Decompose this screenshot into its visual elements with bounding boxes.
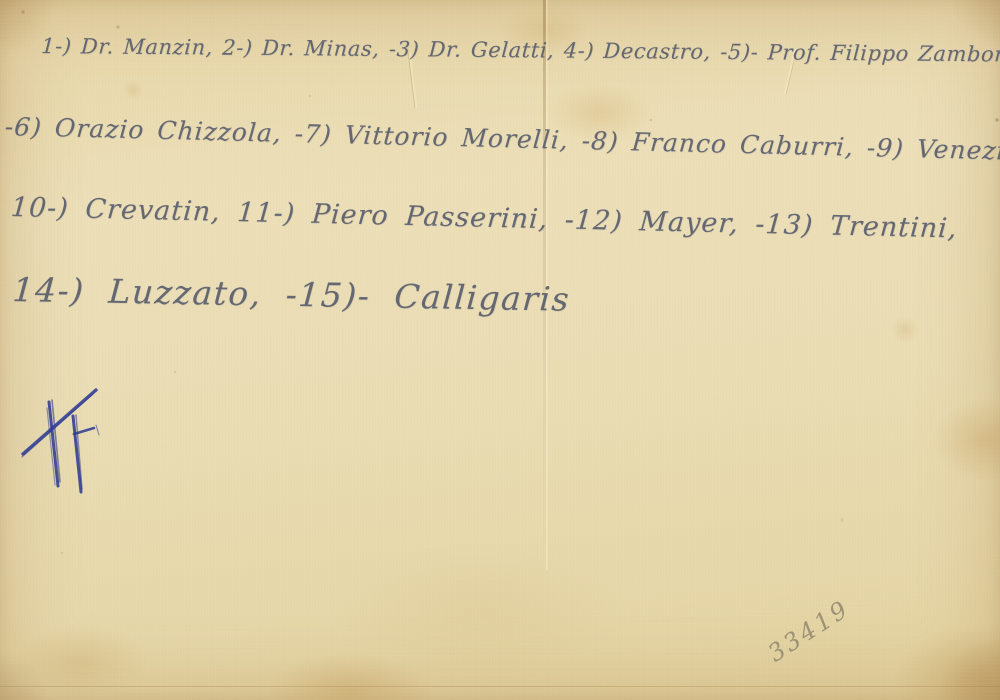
handwritten-line-4: 14-) Luzzato, -15)- Calligaris <box>11 270 571 319</box>
pencil-number: 33419 <box>763 594 855 667</box>
handwritten-line-1: 1-) Dr. Manzin, 2-) Dr. Minas, -3) Dr. G… <box>41 34 1000 67</box>
paper-stains <box>0 0 1000 700</box>
handwritten-line-3: 10-) Crevatin, 11-) Piero Passerini, -12… <box>10 192 959 244</box>
bottom-edge-crease <box>0 686 1000 687</box>
handwritten-line-2: -6) Orazio Chizzola, -7) Vittorio Morell… <box>4 112 1000 166</box>
photo-back-scan: 1-) Dr. Manzin, 2-) Dr. Minas, -3) Dr. G… <box>0 0 1000 700</box>
paper-grain-texture <box>0 0 1000 700</box>
ballpoint-tf-monogram <box>18 368 138 518</box>
